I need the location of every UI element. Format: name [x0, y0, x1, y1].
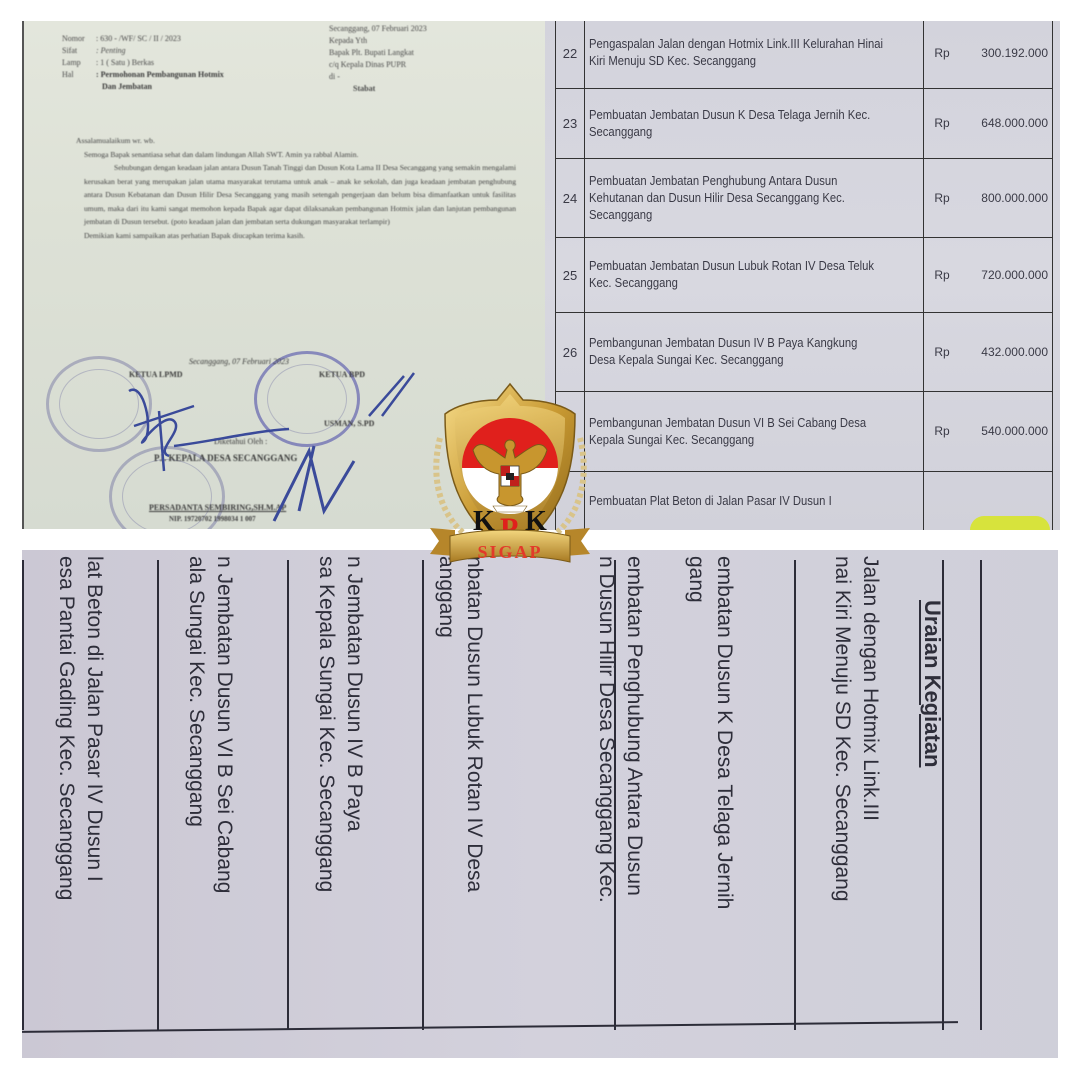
meta-key: Hal — [62, 69, 96, 81]
meta-value: : 630 - /WF/ SC / II / 2023 — [96, 33, 181, 45]
activity-description: Pengaspalan Jalan dengan Hotmix Link.III… — [585, 21, 890, 89]
recipient-line: Kepada Yth — [329, 35, 427, 47]
row-number: 25 — [556, 238, 585, 313]
currency: Rp — [924, 238, 961, 313]
budget-table: 22Pengaspalan Jalan dengan Hotmix Link.I… — [555, 21, 1053, 530]
rotated-table-closeup: Uraian KegiatanJalan dengan Hotmix Link.… — [22, 550, 1058, 1058]
paragraph: Demikian kami sampaikan atas perhatian B… — [84, 229, 516, 243]
table-rule — [422, 560, 424, 1030]
table-rule — [980, 560, 982, 1030]
table-row: Pembangunan Jembatan Dusun VI B Sei Caba… — [556, 392, 1053, 472]
row-number: 22 — [556, 21, 585, 89]
currency — [924, 472, 961, 531]
table-rule — [22, 560, 24, 1030]
amount: 300.192.000 — [960, 21, 1053, 89]
paragraph: Sehubungan dengan keadaan jalan antara D… — [84, 161, 516, 229]
meta-key: Lamp — [62, 57, 96, 69]
activity-description: Pembuatan Jembatan Dusun Lubuk Rotan IV … — [585, 238, 890, 313]
letter-meta: Nomor: 630 - /WF/ SC / II / 2023 Sifat: … — [62, 33, 224, 93]
rotated-cell: lat Beton di Jalan Pasar IV Dusun Iesa P… — [52, 556, 108, 900]
amount: 648.000.000 — [960, 89, 1053, 159]
meta-value: Dan Jembatan — [96, 81, 152, 93]
budget-table-photo: 22Pengaspalan Jalan dengan Hotmix Link.I… — [545, 21, 1060, 530]
meta-value: : 1 ( Satu ) Berkas — [96, 57, 154, 69]
table-rule — [157, 560, 159, 1030]
table-rule — [287, 560, 289, 1030]
amount: 720.000.000 — [960, 238, 1053, 313]
currency: Rp — [924, 392, 961, 472]
recipient-city: Stabat — [329, 83, 427, 95]
meta-value: : Permohonan Pembangunan Hotmix — [96, 69, 224, 81]
recipient-line: Bapak Plt. Bupati Langkat — [329, 47, 427, 59]
sign-place: Secanggang, 07 Februari 2023 — [189, 357, 289, 366]
paragraph: Semoga Bapak senantiasa sehat dan dalam … — [84, 148, 516, 162]
activity-description: Pembangunan Jembatan Dusun IV B Paya Kan… — [585, 313, 890, 392]
currency: Rp — [924, 89, 961, 159]
letter-date: Secanggang, 07 Februari 2023 — [329, 23, 427, 35]
table-row: 26Pembangunan Jembatan Dusun IV B Paya K… — [556, 313, 1053, 392]
rotated-cell: embatan Penghubung Antara Dusunn Dusun H… — [592, 556, 648, 903]
letter-body: Assalamualaikum wr. wb. Semoga Bapak sen… — [84, 134, 516, 242]
activity-description: Pembuatan Plat Beton di Jalan Pasar IV D… — [585, 472, 890, 531]
row-number: 23 — [556, 89, 585, 159]
rotated-cell: Jalan dengan Hotmix Link.IIInai Kiri Men… — [828, 556, 884, 902]
meta-key: Nomor — [62, 33, 96, 45]
amount: 800.000.000 — [960, 159, 1053, 238]
rotated-cell: nbatan Dusun Lubuk Rotan IV Desaanggang — [432, 556, 488, 892]
letter-address: Secanggang, 07 Februari 2023 Kepada Yth … — [329, 23, 427, 95]
meta-value: : Penting — [96, 45, 126, 57]
rotated-cell: n Jembatan Dusun VI B Sei Cabangala Sung… — [182, 556, 238, 893]
currency: Rp — [924, 21, 961, 89]
table-row: 23Pembuatan Jembatan Dusun K Desa Telaga… — [556, 89, 1053, 159]
currency: Rp — [924, 159, 961, 238]
table-rule — [794, 560, 796, 1030]
amount: 432.000.000 — [960, 313, 1053, 392]
column-header: Uraian Kegiatan — [918, 600, 946, 768]
currency: Rp — [924, 313, 961, 392]
activity-description: Pembuatan Jembatan Penghubung Antara Dus… — [585, 159, 890, 238]
meta-key: Sifat — [62, 45, 96, 57]
table-bottom-rule — [22, 1021, 958, 1033]
kpk-sigap-emblem: K P K SIGAP — [425, 378, 595, 578]
meta-key — [62, 81, 96, 93]
table-row: 24Pembuatan Jembatan Penghubung Antara D… — [556, 159, 1053, 238]
recipient-line: c/q Kepala Dinas PUPR — [329, 59, 427, 71]
ribbon-text: SIGAP — [477, 542, 542, 562]
row-number: 24 — [556, 159, 585, 238]
rotated-cell: n Jembatan Dusun IV B Payasa Kepala Sung… — [312, 556, 368, 892]
highlighter-mark — [970, 516, 1050, 530]
greeting: Assalamualaikum wr. wb. — [76, 134, 516, 148]
recipient-line: di - — [329, 71, 427, 83]
rotated-cell: embatan Dusun K Desa Telaga Jernihgang — [682, 556, 738, 909]
signature-scribbles — [114, 371, 434, 529]
activity-description: Pembuatan Jembatan Dusun K Desa Telaga J… — [585, 89, 890, 159]
table-row: 25Pembuatan Jembatan Dusun Lubuk Rotan I… — [556, 238, 1053, 313]
table-row: 22Pengaspalan Jalan dengan Hotmix Link.I… — [556, 21, 1053, 89]
activity-description: Pembangunan Jembatan Dusun VI B Sei Caba… — [585, 392, 890, 472]
amount: 540.000.000 — [960, 392, 1053, 472]
